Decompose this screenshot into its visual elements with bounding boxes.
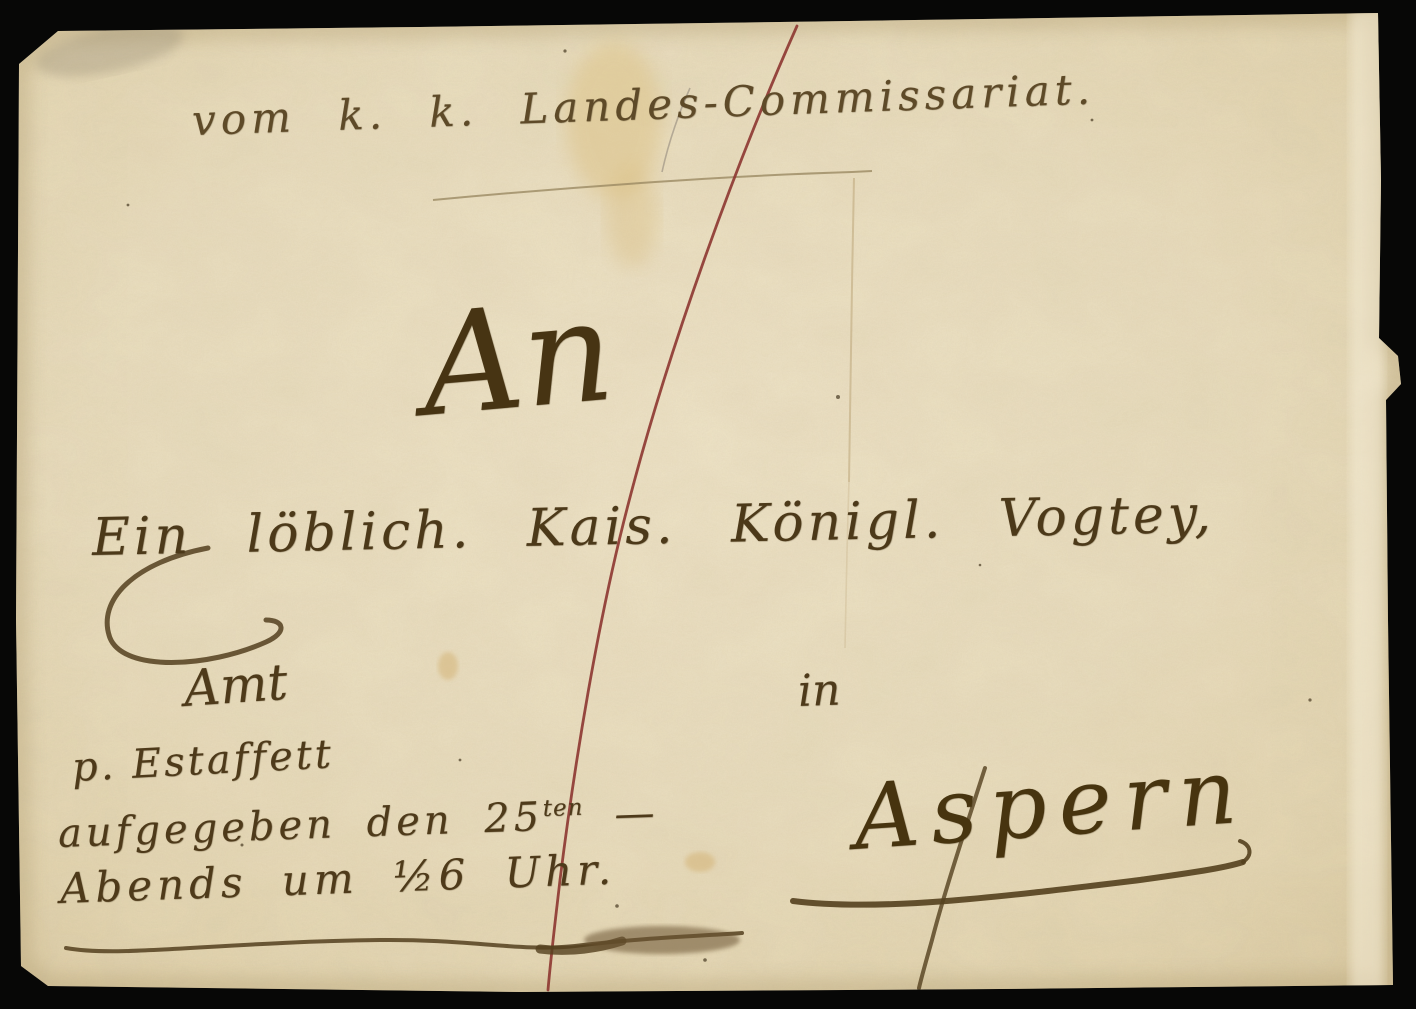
- center-top-stain-tail: [606, 163, 658, 267]
- small-stain-ein: [438, 652, 458, 680]
- small-stain-mid: [685, 852, 715, 872]
- routing-date-dash: —: [583, 790, 659, 839]
- ink-smudge-blob: [584, 926, 740, 954]
- letter-scan-photo: vom k. k. Landes-Commissariat. An Ein lö…: [0, 0, 1416, 1009]
- address-word-in: in: [797, 669, 841, 714]
- salutation-an: An: [416, 282, 619, 438]
- right-fold-highlight: [1350, 10, 1384, 1000]
- destination-name: Aspern: [851, 747, 1251, 864]
- routing-date-superscript: ten: [542, 795, 584, 822]
- address-word-amt: Amt: [182, 657, 289, 714]
